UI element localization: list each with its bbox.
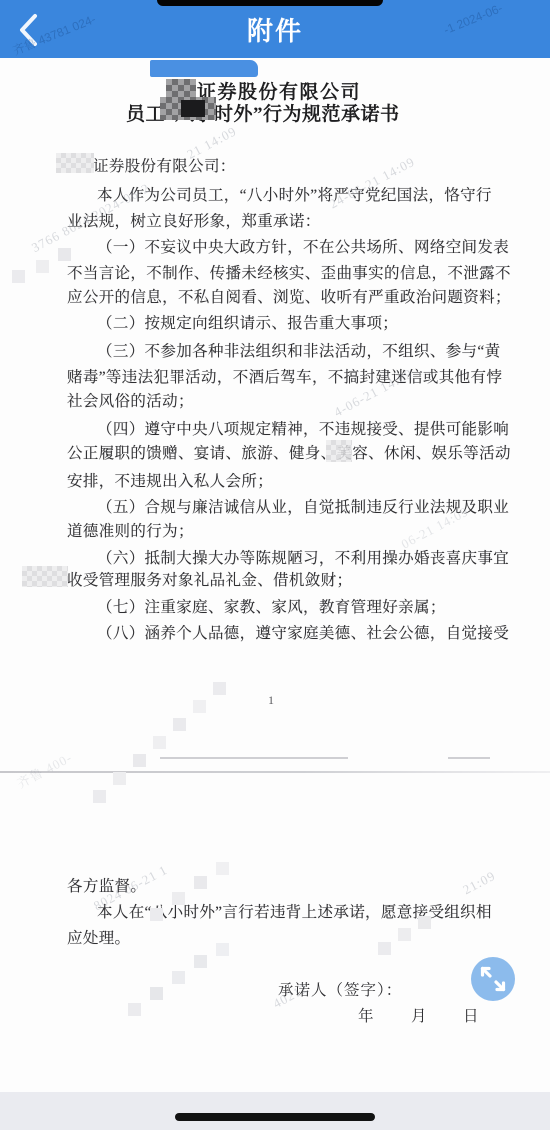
- document-line: 公正履职的馈赠、宴请、旅游、健身、美容、休闲、娱乐等活动: [67, 441, 511, 463]
- date-day-label: 日: [463, 1004, 479, 1026]
- document-line: 赌毒”等违法犯罪活动，不酒后驾车，不搞封建迷信或其他有悖: [67, 365, 502, 387]
- document-line: 不当言论，不制作、传播未经核实、歪曲事实的信息，不泄露不: [67, 261, 511, 283]
- redaction-mosaic: [22, 566, 68, 587]
- system-bottom-bar: [0, 1092, 550, 1130]
- phone-notch: [157, 0, 383, 6]
- document-greeting: 证券股份有限公司：: [93, 154, 236, 176]
- date-month-label: 月: [411, 1004, 427, 1026]
- page-separator-line: [448, 757, 490, 759]
- document-scroll-area[interactable]: 21 14:09 3766 8024 2024-06-2 24-06-21 14…: [0, 58, 550, 1092]
- home-indicator[interactable]: [175, 1113, 375, 1121]
- attachment-viewer-screen: 附件 齐鲁 43781 024- -1 2024-06- 21 14:09 37…: [0, 0, 550, 1130]
- watermark-mosaic-trail: [128, 1003, 141, 1016]
- document-line: 安排，不违规出入私人会所；: [67, 469, 273, 491]
- document-line: 收受管理服务对象礼品礼金、借机敛财；: [67, 568, 352, 590]
- document-line: 应公开的信息，不私自阅看、浏览、收听有严重政治问题资料；: [67, 285, 511, 307]
- page-separator-line: [0, 771, 550, 773]
- document-line: （一）不妄议中央大政方针，不在公共场所、网络空间发表: [97, 235, 509, 257]
- watermark-mosaic-trail: [93, 790, 106, 803]
- redaction-mosaic: [56, 153, 94, 173]
- watermark-text: -1 2024-06-: [442, 1, 505, 37]
- page-title: 附件: [247, 11, 303, 48]
- document-line: 社会风俗的活动；: [67, 389, 194, 411]
- expand-button[interactable]: [471, 957, 515, 1001]
- redaction-mosaic: [326, 440, 352, 462]
- page-separator-line: [160, 757, 348, 759]
- watermark-mosaic-trail: [12, 270, 25, 283]
- document-line: 本人作为公司员工，“八小时外”将严守党纪国法，恪守行: [97, 183, 492, 205]
- header-bar: 附件 齐鲁 43781 024- -1 2024-06-: [0, 0, 550, 58]
- page-number: 1: [268, 693, 274, 708]
- document-line: （二）按规定向组织请示、报告重大事项；: [97, 311, 398, 333]
- date-year-label: 年: [358, 1004, 374, 1026]
- document-line: （六）抵制大操大办等陈规陋习，不利用操办婚丧喜庆事宜: [97, 546, 509, 568]
- watermark-text: 齐鲁 400-: [13, 747, 75, 792]
- expand-arrows-icon: [472, 958, 514, 1000]
- document-line: （三）不参加各种非法组织和非法活动，不组织、参与“黄: [97, 339, 500, 361]
- document-line: 道德准则的行为；: [67, 519, 194, 541]
- redaction-mosaic: [181, 100, 205, 117]
- document-line: （四）遵守中央八项规定精神，不违规接受、提供可能影响: [97, 417, 509, 439]
- watermark-mosaic-trail: [150, 908, 163, 921]
- watermark-mosaic-trail: [378, 942, 391, 955]
- document-line: 应处理。: [67, 926, 130, 948]
- watermark-text: 21:09: [460, 868, 498, 898]
- document-line: （七）注重家庭、家教、家风，教育管理好亲属；: [97, 595, 446, 617]
- redaction-highlight: [150, 60, 258, 77]
- document-line: （八）涵养个人品德，遵守家庭美德、社会公德，自觉接受: [97, 621, 509, 643]
